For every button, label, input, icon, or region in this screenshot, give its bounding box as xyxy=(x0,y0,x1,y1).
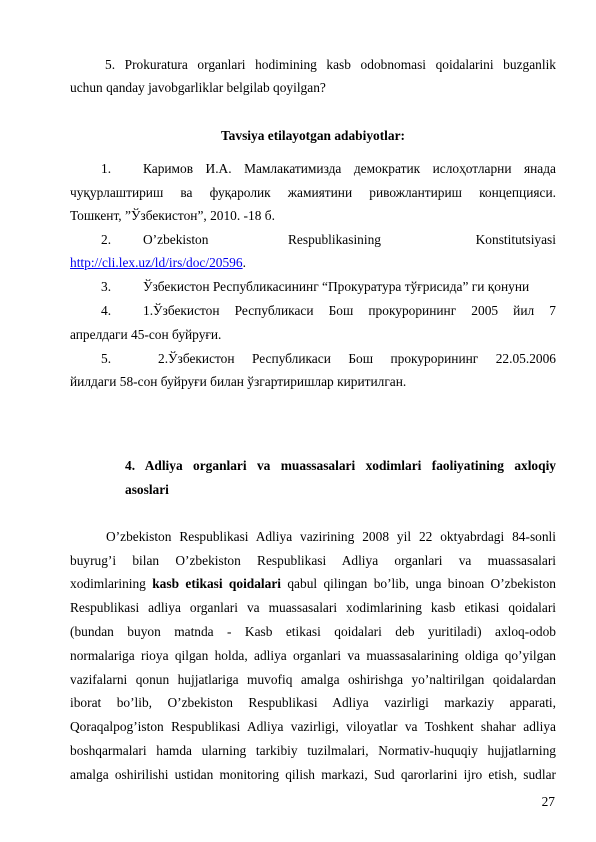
question-line-1: 5. Prokuratura organlari hodimining kasb… xyxy=(105,57,556,73)
emphasis-word: kasb xyxy=(152,576,179,592)
reference-2-word-2: Respublikasining xyxy=(288,232,381,248)
reference-5-line-2: йилдаги 58-сон буйруғи билан ўзгартиришл… xyxy=(70,374,556,390)
reference-number: 5. xyxy=(101,351,111,367)
section-heading-line-1: 4. Adliya organlari va muassasalari xodi… xyxy=(125,458,556,474)
reference-4-line-1: 1.Ўзбекистон Республикаси Бош прокурорин… xyxy=(143,303,556,319)
reference-2-line-2: http://cli.lex.uz/ld/irs/doc/20596. xyxy=(70,255,556,271)
body-line-8: iborat bo’lib, O’zbekiston Respublikasi … xyxy=(70,695,556,711)
body-line-9: Qoraqalpog’iston Respublikasi Adliya vaz… xyxy=(70,719,556,735)
emphasis-word: etikasi xyxy=(185,576,222,592)
body-line-3: xodimlariningkasbetikasiqoidalariqabulqi… xyxy=(70,576,556,592)
page-number: 27 xyxy=(542,794,555,810)
body-word: O’zbekiston xyxy=(491,576,556,592)
constitution-link[interactable]: http://cli.lex.uz/ld/irs/doc/20596 xyxy=(70,255,243,270)
body-line-5: (bundan buyon matnda - Kasb etikasi qoid… xyxy=(70,624,556,640)
reference-4-line-2: апрелдаги 45-сон буйруғи. xyxy=(70,327,556,343)
reference-1-line-3: Тошкент, ”Ўзбекистон”, 2010. -18 б. xyxy=(70,208,556,224)
body-word: xodimlarining xyxy=(70,576,146,592)
reference-number: 2. xyxy=(101,232,111,248)
reference-2-word-3: Konstitutsiyasi xyxy=(476,232,556,248)
body-word: qabul xyxy=(287,576,317,592)
body-word: bo’lib, xyxy=(374,576,409,592)
emphasis-word: qoidalari xyxy=(229,576,281,592)
body-line-7: vazifalarni qonun hujjatlariga muvofiq a… xyxy=(70,672,556,688)
reference-number: 3. xyxy=(101,279,111,295)
body-line-1: O’zbekiston Respublikasi Adliya vazirini… xyxy=(106,529,556,545)
body-line-10: boshqarmalari hamda ularning tarkibiy tu… xyxy=(70,743,556,759)
references-title: Tavsiya etilayotgan adabiyotlar: xyxy=(70,128,556,144)
body-word: unga xyxy=(415,576,441,592)
link-suffix: . xyxy=(243,255,246,270)
reference-number: 1. xyxy=(101,161,111,177)
section-heading-line-2: asoslari xyxy=(125,482,556,498)
body-word: binoan xyxy=(448,576,484,592)
reference-number: 4. xyxy=(101,303,111,319)
question-line-2: uchun qanday javobgarliklar belgilab qoy… xyxy=(70,80,556,96)
reference-5-line-1: 2.Ўзбекистон Республикаси Бош прокурорин… xyxy=(158,351,556,367)
body-line-4: Respublikasi adliya organlari va muassas… xyxy=(70,600,556,616)
reference-1-line-2: чуқурлаштириш ва фуқаролик жамиятини рив… xyxy=(70,185,556,201)
body-line-6: normalariga rioya qilgan holda, adliya o… xyxy=(70,648,556,664)
document-page: 5. Prokuratura organlari hodimining kasb… xyxy=(0,0,596,842)
reference-1-line-1: Каримов И.А. Мамлакатимизда демократик и… xyxy=(143,161,556,177)
body-word: qilingan xyxy=(323,576,367,592)
reference-3-line-1: Ўзбекистон Республикасининг “Прокуратура… xyxy=(143,279,556,295)
reference-2-word-1: O’zbekiston xyxy=(143,232,208,248)
body-line-11: amalga oshirilishi ustidan monitoring qi… xyxy=(70,767,556,783)
body-line-2: buyrug’i bilan O’zbekiston Respublikasi … xyxy=(70,553,556,569)
